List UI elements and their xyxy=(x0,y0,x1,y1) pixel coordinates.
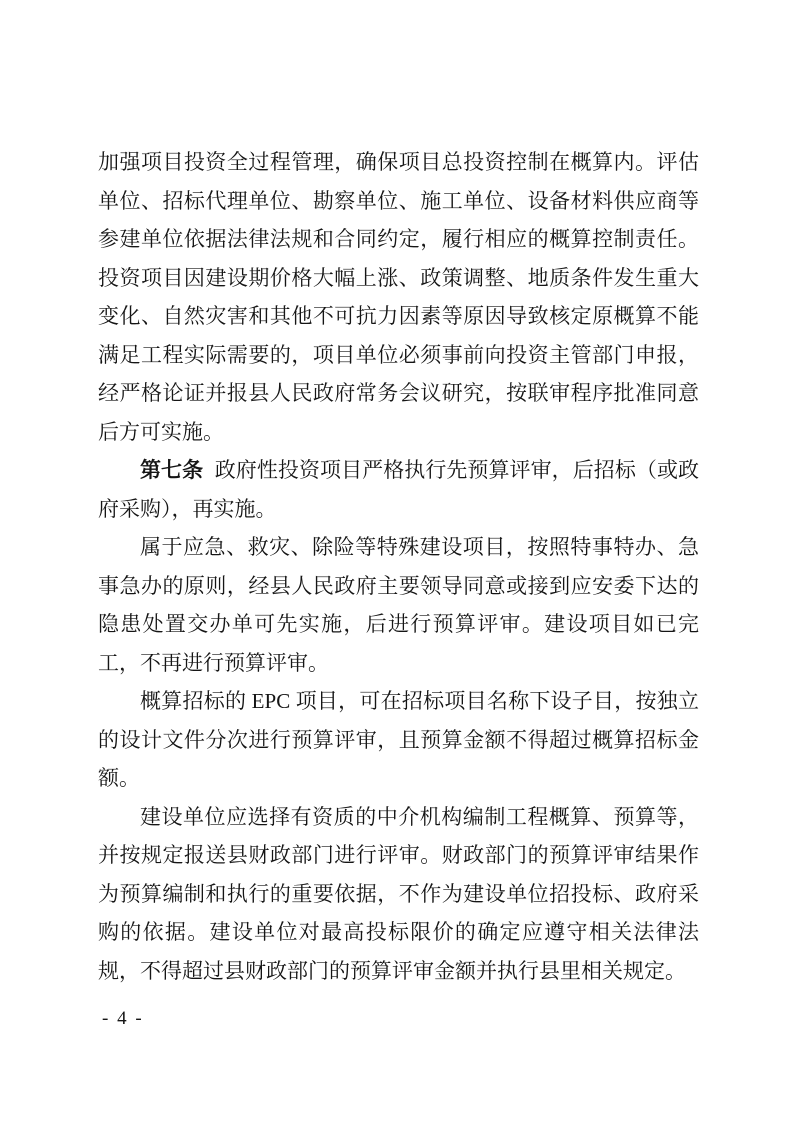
paragraph-emergency-projects: 属于应急、救灾、除险等特殊建设项目，按照特事特办、急事急办的原则，经县人民政府主… xyxy=(98,528,699,682)
paragraph-continuation: 加强项目投资全过程管理，确保项目总投资控制在概算内。评估单位、招标代理单位、勘察… xyxy=(98,143,699,451)
document-page-body: 加强项目投资全过程管理，确保项目总投资控制在概算内。评估单位、招标代理单位、勘察… xyxy=(98,143,699,990)
page-number: - 4 - xyxy=(102,1008,144,1030)
paragraph-article-7: 第七条政府性投资项目严格执行先预算评审，后招标（或政府采购），再实施。 xyxy=(98,451,699,528)
article-7-heading: 第七条 xyxy=(140,458,203,482)
paragraph-epc-projects: 概算招标的 EPC 项目，可在招标项目名称下设子目，按独立的设计文件分次进行预算… xyxy=(98,682,699,798)
paragraph-construction-unit: 建设单位应选择有资质的中介机构编制工程概算、预算等，并按规定报送县财政部门进行评… xyxy=(98,798,699,991)
